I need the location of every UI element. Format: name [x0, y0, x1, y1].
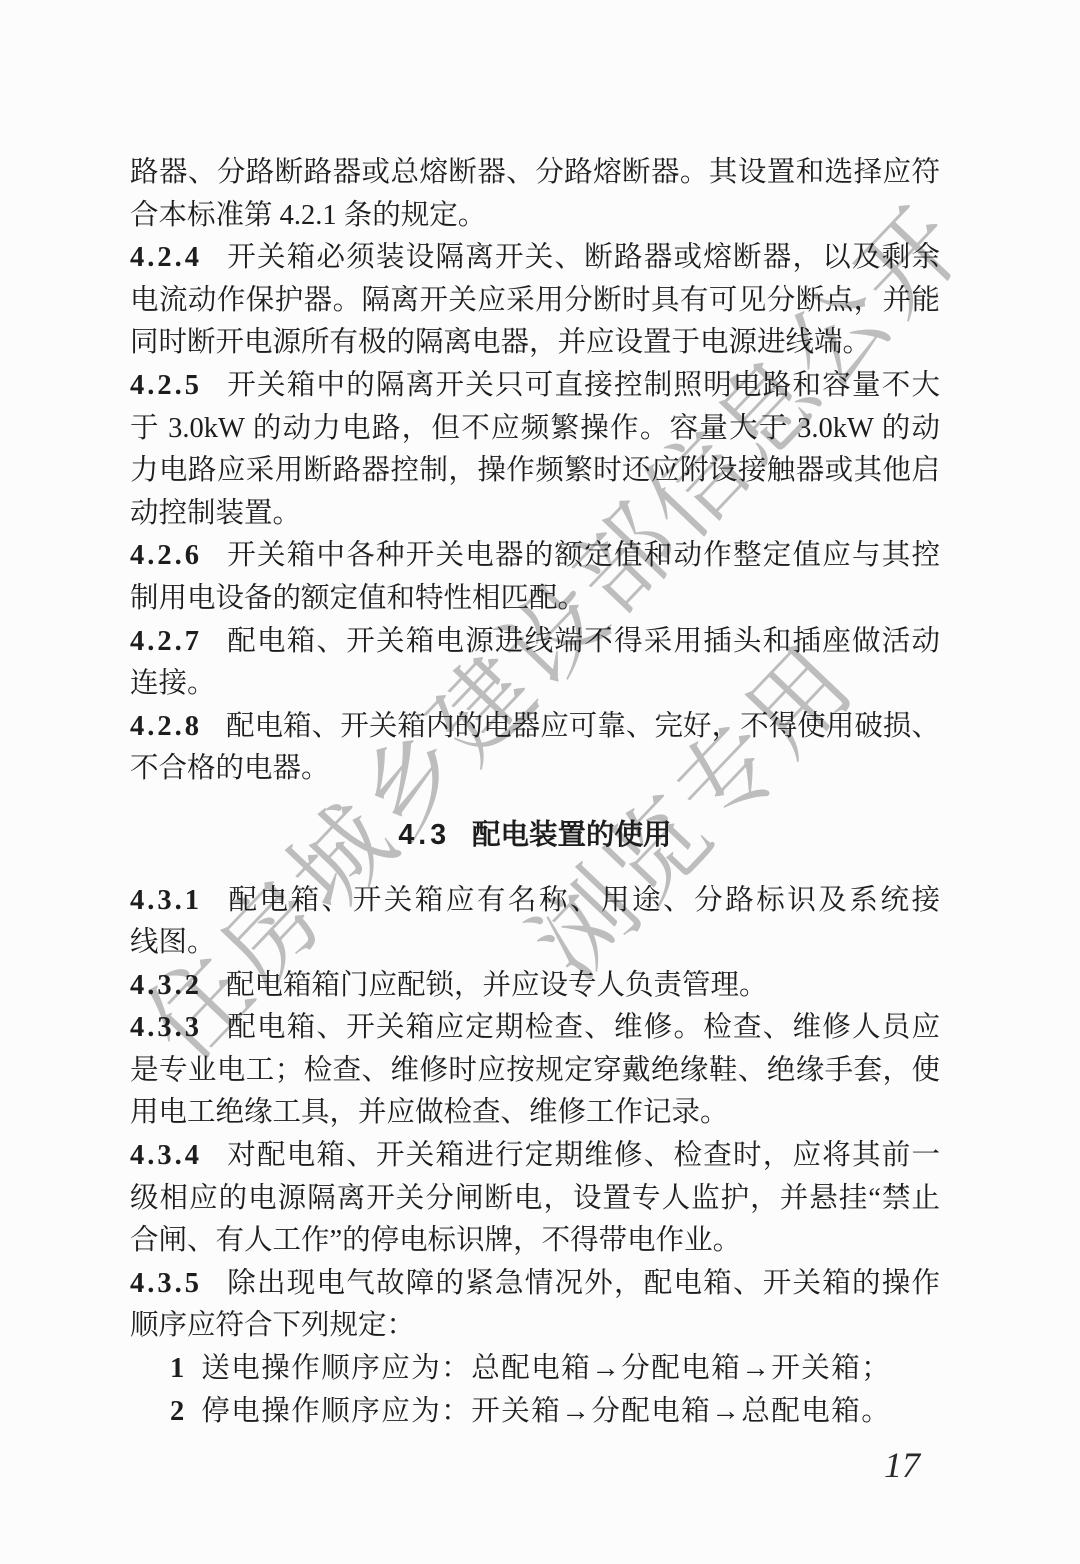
clause-text: 配电箱、开关箱应有名称、用途、分路标识及系统接	[226, 885, 940, 916]
clause-number: 4.2.5	[130, 370, 202, 401]
text-line: 线图。	[130, 922, 940, 965]
clause-number: 4.3.4	[130, 1140, 202, 1171]
text-line: 连接。	[130, 663, 940, 706]
text-column: 路器、分路断路器或总熔断器、分路熔断器。其设置和选择应符合本标准第 4.2.1 …	[130, 152, 940, 1433]
text-line: 于 3.0kW 的动力电路，但不应频繁操作。容量大于 3.0kW 的动	[130, 408, 940, 451]
text-line: 动控制装置。	[130, 493, 940, 536]
clause-text: 配电箱、开关箱应定期检查、维修。检查、维修人员应	[226, 1012, 940, 1043]
clause-number: 4.3.1	[130, 885, 202, 916]
heading-number: 4.3	[398, 819, 450, 851]
clause-text: 开关箱中各种开关电器的额定值和动作整定值应与其控	[226, 540, 940, 571]
clause-text: 对配电箱、开关箱进行定期维修、检查时，应将其前一	[226, 1140, 940, 1171]
clause-line: 4.3.2配电箱箱门应配锁，并应设专人负责管理。	[130, 965, 940, 1008]
list-item: 2停电操作顺序应为：开关箱→分配电箱→总配电箱。	[130, 1391, 940, 1434]
list-item: 1送电操作顺序应为：总配电箱→分配电箱→开关箱；	[130, 1348, 940, 1391]
clause-line: 4.2.5开关箱中的隔离开关只可直接控制照明电路和容量不大	[130, 365, 940, 408]
clause-number: 4.3.2	[130, 970, 202, 1001]
clause-line: 4.2.6开关箱中各种开关电器的额定值和动作整定值应与其控	[130, 535, 940, 578]
text-line: 电流动作保护器。隔离开关应采用分断时具有可见分断点，并能	[130, 280, 940, 323]
clause-number: 4.2.4	[130, 242, 202, 273]
text-line: 合闸、有人工作”的停电标识牌，不得带电作业。	[130, 1220, 940, 1263]
item-text: 送电操作顺序应为：总配电箱→分配电箱→开关箱；	[201, 1353, 891, 1384]
clause-text: 开关箱中的隔离开关只可直接控制照明电路和容量不大	[226, 370, 940, 401]
text-line: 同时断开电源所有极的隔离电器，并应设置于电源进线端。	[130, 322, 940, 365]
clause-number: 4.3.3	[130, 1012, 202, 1043]
clause-text: 配电箱、开关箱电源进线端不得采用插头和插座做活动	[226, 626, 940, 657]
clause-line: 4.2.7配电箱、开关箱电源进线端不得采用插头和插座做活动	[130, 621, 940, 664]
text-line: 是专业电工；检查、维修时应按规定穿戴绝缘鞋、绝缘手套，使	[130, 1050, 940, 1093]
clause-line: 4.3.1配电箱、开关箱应有名称、用途、分路标识及系统接	[130, 880, 940, 923]
clause-line: 4.3.5除出现电气故障的紧急情况外，配电箱、开关箱的操作	[130, 1263, 940, 1306]
clause-text: 除出现电气故障的紧急情况外，配电箱、开关箱的操作	[226, 1268, 940, 1299]
clause-number: 4.3.5	[130, 1268, 202, 1299]
text-line: 不合格的电器。	[130, 748, 940, 791]
item-number: 1	[170, 1353, 184, 1384]
heading-title: 配电装置的使用	[472, 819, 672, 851]
clause-number: 4.2.8	[130, 711, 202, 742]
clause-text: 配电箱、开关箱内的电器应可靠、完好，不得使用破损、	[226, 711, 940, 742]
text-line: 制用电设备的额定值和特性相匹配。	[130, 578, 940, 621]
clause-text: 开关箱必须装设隔离开关、断路器或熔断器，以及剩余	[226, 242, 940, 273]
clause-line: 4.2.8配电箱、开关箱内的电器应可靠、完好，不得使用破损、	[130, 706, 940, 749]
text-line: 合本标准第 4.2.1 条的规定。	[130, 195, 940, 238]
item-number: 2	[170, 1396, 184, 1427]
text-line: 路器、分路断路器或总熔断器、分路熔断器。其设置和选择应符	[130, 152, 940, 195]
page-number: 17	[884, 1444, 920, 1486]
clause-number: 4.2.7	[130, 626, 202, 657]
clause-line: 4.2.4开关箱必须装设隔离开关、断路器或熔断器，以及剩余	[130, 237, 940, 280]
text-line: 顺序应符合下列规定：	[130, 1305, 940, 1348]
clause-line: 4.3.3配电箱、开关箱应定期检查、维修。检查、维修人员应	[130, 1007, 940, 1050]
item-text: 停电操作顺序应为：开关箱→分配电箱→总配电箱。	[201, 1396, 891, 1427]
clause-number: 4.2.6	[130, 540, 202, 571]
clause-text: 配电箱箱门应配锁，并应设专人负责管理。	[226, 970, 768, 1001]
clause-line: 4.3.4对配电箱、开关箱进行定期维修、检查时，应将其前一	[130, 1135, 940, 1178]
text-line: 力电路应采用断路器控制，操作频繁时还应附设接触器或其他启	[130, 450, 940, 493]
section-heading: 4.3配电装置的使用	[130, 814, 940, 857]
text-line: 级相应的电源隔离开关分闸断电，设置专人监护，并悬挂“禁止	[130, 1178, 940, 1221]
text-line: 用电工绝缘工具，并应做检查、维修工作记录。	[130, 1092, 940, 1135]
document-page: 住房城乡建设部信息公开 浏览专用 路器、分路断路器或总熔断器、分路熔断器。其设置…	[0, 0, 1080, 1564]
